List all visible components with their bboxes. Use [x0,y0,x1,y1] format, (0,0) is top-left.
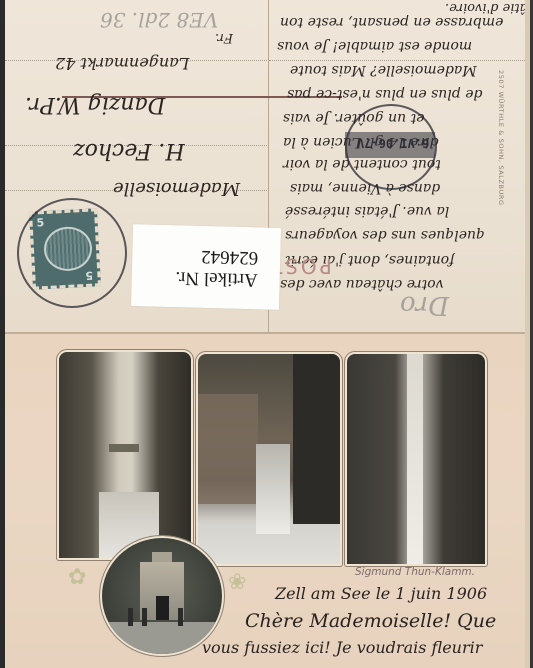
photo-gorge-bridge [57,350,193,560]
publisher-imprint: 2507 WÜRTHLE & SOHN, SALZBURG [497,70,505,206]
message-line: de plus en plus n'est-ce pas [287,86,482,102]
article-number: 624642 [132,243,259,268]
message-line: la vue. J'étais intéressé [285,203,449,219]
pencil-note: VE8 2dl. 36 [100,8,218,32]
front-message-line: Chère Mademoiselle! Que [245,610,496,632]
address-line-3: Danzig W.Pr. [25,92,165,117]
message-line [269,60,525,61]
postcard-back: VE8 2dl. 36 Dro Fr. Langenmarkt 42 Danzi… [5,0,525,334]
article-number-label: Artikel Nr. 624642 [131,224,281,310]
photo-waterfall-walkway [196,352,342,566]
stamp-cancellation [17,198,127,308]
address-line-1: Mademoiselle [113,178,240,199]
front-message-line: vous fussiez ici! Je voudrais fleurir [202,638,482,657]
address-line-2: H. Fechoz [73,138,185,163]
message-line: embrasse en pensant, reste ton [280,14,503,30]
floral-ornament-icon: ❀ [228,570,246,595]
address-line-5: Fr. [215,30,233,45]
postmark-date: 6.VI.06-7V [357,136,429,150]
pencil-note: Dro [400,290,449,320]
message-line: Mademoiselle? Mais toute [290,62,477,78]
message-line: monde est aimable! Je vous [277,38,472,54]
photo-gorge-stairs [345,352,487,566]
article-label-title: Artikel Nr. [131,265,258,290]
message-line: votre château avec des [280,276,444,292]
floral-ornament-icon: ✿ [68,565,86,590]
front-message-line: Zell am See le 1 juin 1906 [275,584,487,603]
message-line: bâtie d'ivoire. [445,0,525,15]
message-line: quelques uns des voyageurs [285,227,485,243]
photo-caption: Sigmund Thun-Klamm. [355,566,475,578]
address-line-4: Langenmarkt 42 [55,54,189,73]
